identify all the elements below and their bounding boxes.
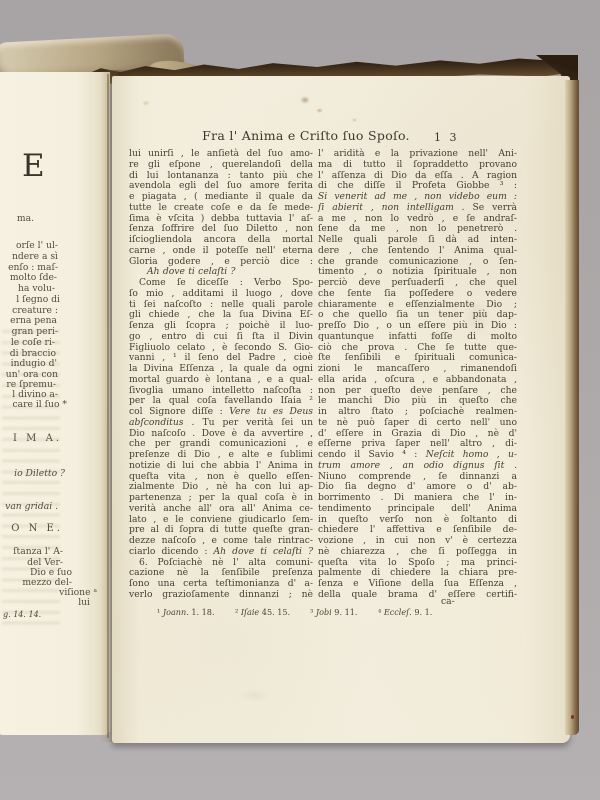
running-header: Fra l' Anima e Criſto ſuo Spoſo. bbox=[146, 128, 466, 143]
facing-text-fragment: le coſe ri- bbox=[11, 337, 55, 348]
facing-text-fragment: ha volu- bbox=[18, 283, 55, 294]
facing-text-fragment: lui bbox=[78, 597, 90, 608]
book-photo: E ma.orſe l' ul-ndere a sìenſo : maſ-mol… bbox=[0, 0, 600, 800]
footnote: ² Iſaie 45. 15. bbox=[235, 607, 290, 617]
footnote: ¹ Joann. 1. 18. bbox=[157, 607, 215, 617]
facing-text-fragment: l ſegno di bbox=[16, 294, 60, 305]
footnote: ³ Jobi 9. 11. bbox=[310, 607, 357, 617]
right-text-column: l' aridità e la privazione nell' Ani-ma … bbox=[318, 149, 517, 601]
facing-text-fragment: indugio d' bbox=[11, 358, 57, 369]
left-text-column: lui unirſi , le anſietà del ſuo amo-re g… bbox=[129, 149, 313, 601]
catchword: ca- bbox=[441, 596, 455, 607]
facing-text-fragment: I M A. bbox=[13, 433, 62, 444]
facing-text-fragment: molto ſde- bbox=[10, 272, 57, 283]
page-number: 1 3 bbox=[434, 131, 459, 144]
text-line: verlo grazioſamente dinnanzi ; nè bbox=[129, 590, 313, 601]
facing-text-fragment: io Diletto ? bbox=[14, 468, 65, 479]
facing-text-fragment: gran peri- bbox=[12, 326, 58, 337]
footnote: ⁴ Eccleſ. 9. 1. bbox=[378, 607, 432, 617]
red-speck bbox=[571, 715, 574, 719]
facing-text-fragment: erna pena bbox=[10, 315, 57, 326]
facing-page-text-fragments: ma.orſe l' ul-ndere a sìenſo : maſ-molto… bbox=[0, 0, 103, 700]
facing-text-fragment: O N E. bbox=[11, 523, 63, 534]
facing-text-fragment: ſtanza l' A- bbox=[13, 546, 63, 557]
foxing-stain bbox=[316, 108, 323, 113]
facing-text-fragment: care il ſuo * bbox=[12, 399, 67, 410]
foxing-stain bbox=[300, 96, 310, 104]
page-block-edge bbox=[565, 80, 579, 735]
foxing-stain bbox=[142, 100, 150, 106]
facing-text-fragment: ma. bbox=[17, 213, 34, 224]
text-line: della quale brama d' eſſere certifi- bbox=[318, 590, 517, 601]
facing-page-footnote: g. 14. 14. bbox=[3, 610, 41, 619]
facing-text-fragment: orſe l' ul- bbox=[16, 240, 58, 251]
facing-text-fragment: ndere a sì bbox=[12, 251, 58, 262]
foxing-stain bbox=[352, 118, 357, 122]
gutter-crease bbox=[107, 74, 109, 738]
facing-text-fragment: van gridai . bbox=[5, 501, 58, 512]
foxing-stain bbox=[238, 688, 272, 703]
